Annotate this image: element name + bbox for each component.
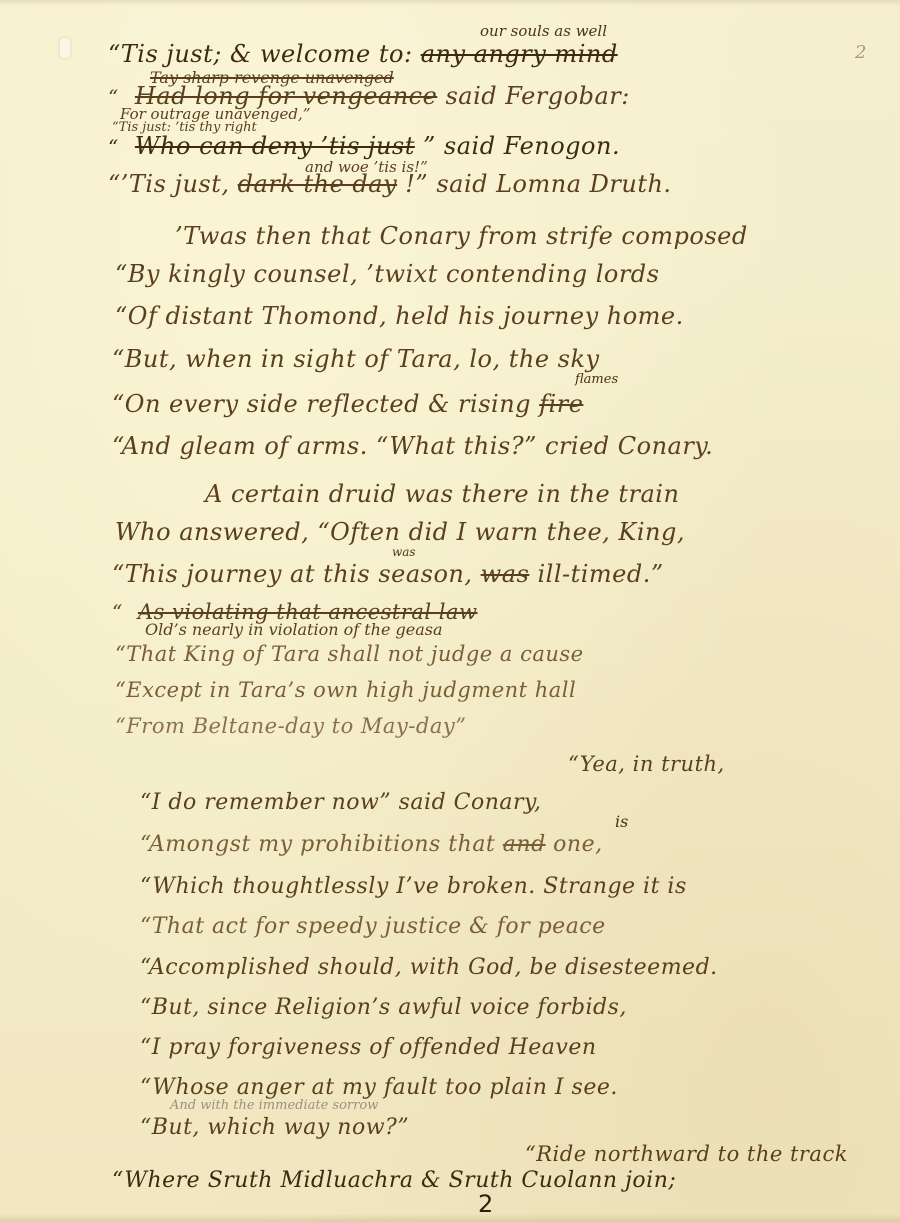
manuscript-line: “Ride northward to the track: [525, 1142, 848, 1166]
manuscript-line: “Tis just; & welcome to: any angry mind: [108, 40, 618, 68]
pin-hole: [60, 38, 70, 58]
manuscript-line: “’Tis just, dark the day !” said Lomna D…: [108, 170, 672, 198]
manuscript-line: “Of distant Thomond, held his journey ho…: [115, 302, 684, 330]
manuscript-line: “I do remember now” said Conary,: [140, 790, 542, 815]
line-text: “On every side reflected & rising: [112, 390, 531, 418]
line-text: ” said Fenogon.: [423, 132, 620, 160]
line-text: !” said Lomna Druth.: [405, 170, 671, 198]
manuscript-line: ’Twas then that Conary from strife compo…: [175, 222, 748, 250]
manuscript-line: “Amongst my prohibitions that and one,: [140, 832, 603, 857]
paper-edge-bottom: [0, 1214, 900, 1222]
manuscript-line: “Yea, in truth,: [568, 752, 725, 776]
manuscript-line: “Where Sruth Midluachra & Sruth Cuolann …: [112, 1168, 676, 1193]
line-text: “This journey at this season,: [112, 560, 473, 588]
manuscript-line: Who answered, “Often did I warn thee, Ki…: [115, 518, 685, 546]
manuscript-line: “But, which way now?”: [140, 1115, 409, 1140]
struck-text: was: [481, 560, 530, 588]
manuscript-line: “This journey at this season, was ill-ti…: [112, 560, 664, 588]
insert-above: our souls as well: [480, 22, 607, 40]
manuscript-line: “Except in Tara’s own high judgment hall: [115, 678, 576, 702]
insert-above: is: [615, 812, 628, 831]
manuscript-line: “Whose anger at my fault too plain I see…: [140, 1075, 618, 1100]
line-text: ill-timed.”: [537, 560, 663, 588]
manuscript-line: “And gleam of arms. “What this?” cried C…: [112, 432, 713, 460]
manuscript-line: “Accomplished should, with God, be dises…: [140, 955, 718, 980]
corner-page-number: 2: [855, 42, 866, 63]
struck-text: any angry mind: [421, 40, 618, 68]
struck-text: fire: [539, 390, 583, 418]
manuscript-line: “I pray forgiveness of offended Heaven: [140, 1035, 597, 1060]
insert-line: Old’s nearly in violation of the geasa: [145, 620, 443, 639]
manuscript-line: “On every side reflected & rising fire: [112, 390, 583, 418]
line-text: said Fergobar:: [445, 82, 629, 110]
insert-above: was: [392, 545, 416, 559]
manuscript-line: “That act for speedy justice & for peace: [140, 914, 606, 939]
line-text: one,: [553, 832, 602, 857]
manuscript-page: 2 our souls as well “Tis just; & welcome…: [0, 0, 900, 1222]
line-text: “’Tis just,: [108, 170, 230, 198]
paper-edge-top: [0, 0, 900, 6]
manuscript-line: A certain druid was there in the train: [205, 480, 679, 508]
manuscript-line: “Which thoughtlessly I’ve broken. Strang…: [140, 874, 687, 899]
struck-text: dark the day: [238, 170, 397, 198]
line-text: “Tis just; & welcome to:: [108, 40, 413, 68]
manuscript-line: “But, since Religion’s awful voice forbi…: [140, 995, 627, 1020]
struck-text: Who can deny ’tis just: [135, 132, 415, 160]
manuscript-line: “From Beltane-day to May-day”: [115, 714, 466, 738]
insert-above: flames: [575, 372, 618, 387]
faint-pencil-insert: And with the immediate sorrow: [170, 1098, 378, 1113]
manuscript-line: “That King of Tara shall not judge a cau…: [115, 642, 584, 666]
manuscript-line: “But, when in sight of Tara, lo, the sky: [112, 345, 600, 373]
manuscript-line: “ Who can deny ’tis just ” said Fenogon.: [108, 132, 620, 160]
struck-text: and: [503, 832, 546, 857]
line-text: “Amongst my prohibitions that: [140, 832, 495, 857]
manuscript-line: “By kingly counsel, ’twixt contending lo…: [115, 260, 659, 288]
